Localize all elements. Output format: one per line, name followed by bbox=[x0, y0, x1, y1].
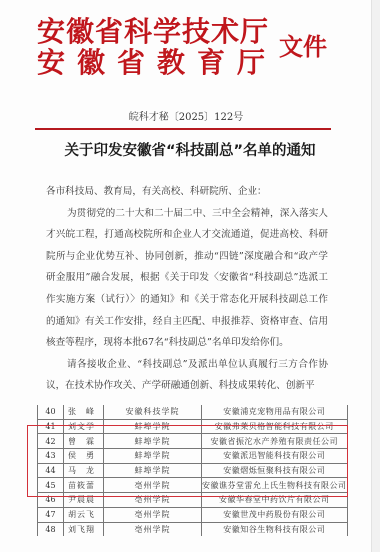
row-number: 43 bbox=[38, 449, 64, 464]
issuer-line-2: 安徽省教育厅 bbox=[37, 47, 277, 78]
table-row: 40 张 峰 安徽科技学院 安徽浦克宠物用品有限公司 bbox=[38, 405, 348, 419]
host-company: 安徽弗莱贝格智能科技有限公司 bbox=[202, 419, 348, 434]
host-company: 安徽浦克宠物用品有限公司 bbox=[202, 405, 348, 419]
page-edge bbox=[371, 0, 380, 552]
table-row: 48 刘飞翔 亳州学院 安徽知谷生物科技有限公司 bbox=[38, 522, 348, 536]
paragraph-1: 为贯彻党的二十大和二十届二中、三中全会精神，深入落实人才兴皖工程，打通高校院所和… bbox=[46, 203, 328, 354]
doc-number: 皖科才秘〔2025〕122号 bbox=[0, 108, 372, 123]
person-name: 胡云飞 bbox=[64, 507, 104, 522]
document-title: 关于印发安徽省“科技副总”名单的通知 bbox=[0, 139, 380, 160]
salutation: 各市科技局、教育局，有关高校、科研院所、企业： bbox=[46, 181, 328, 203]
table-row: 43 侯 勇 蚌埠学院 安徽派迅智能科技有限公司 bbox=[38, 449, 348, 464]
row-number: 44 bbox=[38, 463, 64, 478]
row-number: 46 bbox=[38, 493, 64, 508]
row-number: 40 bbox=[38, 405, 64, 419]
document-body: 各市科技局、教育局，有关高校、科研院所、企业： 为贯彻党的二十大和二十届二中、三… bbox=[46, 181, 328, 397]
page-bottom-fade bbox=[0, 540, 372, 552]
table-row: 41 刘文学 蚌埠学院 安徽弗莱贝格智能科技有限公司 bbox=[38, 419, 348, 434]
issuer-line-1: 安徽省科学技术厅 bbox=[37, 16, 277, 47]
dispatch-school: 蚌埠学院 bbox=[104, 434, 202, 449]
person-name: 刘飞翔 bbox=[64, 522, 104, 536]
row-number: 47 bbox=[38, 507, 64, 522]
doc-type-label: 文件 bbox=[279, 27, 327, 62]
row-number: 42 bbox=[38, 434, 64, 449]
dispatch-school: 蚌埠学院 bbox=[104, 419, 202, 434]
host-company: 安徽华春堂中药饮片有限公司 bbox=[202, 493, 348, 508]
header-divider bbox=[35, 128, 331, 130]
host-company: 安徽谯芬堂雷允上氏生物科技有限公司 bbox=[202, 478, 348, 493]
person-name: 刘文学 bbox=[64, 419, 104, 434]
dispatch-school: 亳州学院 bbox=[104, 507, 202, 522]
dispatch-school: 亳州学院 bbox=[104, 478, 202, 493]
issuer-header: 安徽省科学技术厅 安徽省教育厅 bbox=[37, 16, 277, 78]
host-company: 安徽知谷生物科技有限公司 bbox=[202, 522, 348, 536]
table-row: 46 尹晨晨 亳州学院 安徽华春堂中药饮片有限公司 bbox=[38, 493, 348, 508]
table-row: 44 马 龙 蚌埠学院 安徽熠烁恒聚科技有限公司 bbox=[38, 463, 348, 478]
person-name: 马 龙 bbox=[64, 463, 104, 478]
person-name: 侯 勇 bbox=[64, 449, 104, 464]
dispatch-school: 蚌埠学院 bbox=[104, 449, 202, 464]
paragraph-2: 请各接收企业、“科技副总”及派出单位认真履行三方合作协议，在技术协作攻关、产学研… bbox=[46, 354, 328, 397]
row-number: 48 bbox=[38, 522, 64, 536]
host-company: 安徽熠烁恒聚科技有限公司 bbox=[202, 463, 348, 478]
person-name: 尹晨晨 bbox=[64, 493, 104, 508]
person-name: 苗筱蕾 bbox=[64, 478, 104, 493]
host-company: 安徽派迅智能科技有限公司 bbox=[202, 449, 348, 464]
dispatch-school: 亳州学院 bbox=[104, 493, 202, 508]
row-number: 41 bbox=[38, 419, 64, 434]
row-number: 45 bbox=[38, 478, 64, 493]
dispatch-school: 蚌埠学院 bbox=[104, 463, 202, 478]
document-page: 安徽省科学技术厅 安徽省教育厅 文件 皖科才秘〔2025〕122号 关于印发安徽… bbox=[0, 0, 372, 552]
table-row: 47 胡云飞 亳州学院 安徽世茂中药股份有限公司 bbox=[38, 507, 348, 522]
person-name: 张 峰 bbox=[64, 405, 104, 419]
kejifuzong-list-table: 40 张 峰 安徽科技学院 安徽浦克宠物用品有限公司 41 刘文学 蚌埠学院 安… bbox=[37, 405, 348, 536]
dispatch-school: 安徽科技学院 bbox=[104, 405, 202, 419]
table-row: 42 曾 霖 蚌埠学院 安徽省振沱水产养殖有限责任公司 bbox=[38, 434, 348, 449]
host-company: 安徽省振沱水产养殖有限责任公司 bbox=[202, 434, 348, 449]
person-name: 曾 霖 bbox=[64, 434, 104, 449]
host-company: 安徽世茂中药股份有限公司 bbox=[202, 507, 348, 522]
dispatch-school: 亳州学院 bbox=[104, 522, 202, 536]
table-row: 45 苗筱蕾 亳州学院 安徽谯芬堂雷允上氏生物科技有限公司 bbox=[38, 478, 348, 493]
